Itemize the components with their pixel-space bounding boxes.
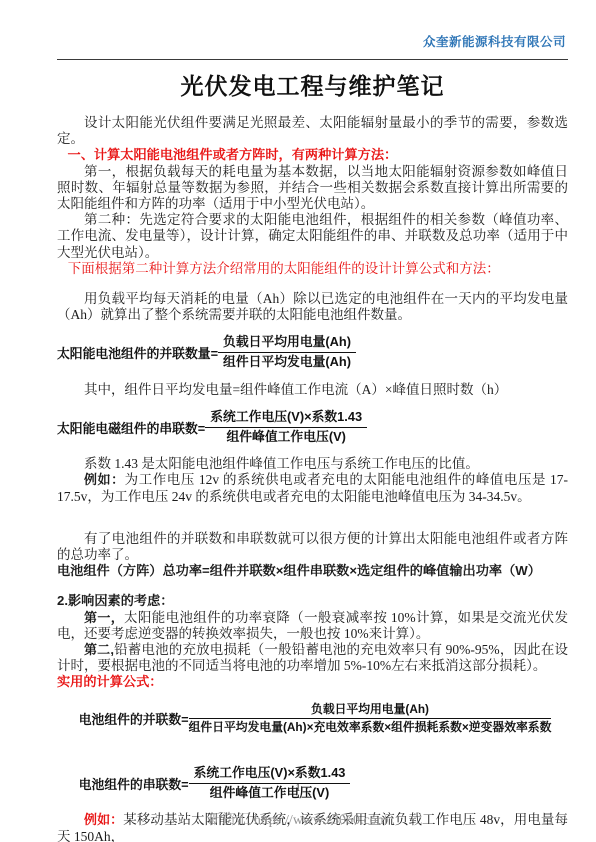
spacer [57, 277, 568, 291]
page-title: 光伏发电工程与维护笔记 [57, 68, 568, 101]
formula-parallel-count: 太阳能电池组件的并联数量= 负载日平均用电量(Ah) 组件日平均发电量(Ah) [57, 334, 568, 370]
company-header: 众奎新能源科技有限公司 [57, 32, 566, 50]
formula-label: 电池组件的并联数= [79, 709, 189, 728]
formula-parallel-practical: 电池组件的并联数= 负载日平均用电量(Ah) 组件日平均发电量(Ah)×充电效率… [57, 702, 568, 736]
factor1-text: 太阳能电池组件的功率衰降（一般衰减率按 10%计算，如果是交流光伏发电，还要考虑… [57, 610, 568, 641]
method2-paragraph: 第二种：先选定符合要求的太阳能电池组件，根据组件的相关参数（峰值功率、工作电流、… [57, 212, 568, 261]
fraction-denominator: 组件日平均发电量(Ah) [218, 353, 356, 371]
header-divider [57, 59, 568, 60]
fraction: 负载日平均用电量(Ah) 组件日平均发电量(Ah)×充电效率系数×组件损耗系数×… [189, 702, 552, 736]
method1-paragraph: 第一，根据负载每天的耗电量为基本数据，以当地太阳能辐射资源参数如峰值日照时数、年… [57, 164, 568, 213]
fraction-numerator: 负载日平均用电量(Ah) [189, 702, 552, 719]
factor1-paragraph: 第一，太阳能电池组件的功率衰降（一般衰减率按 10%计算，如果是交流光伏发电，还… [57, 610, 568, 642]
red-note-paragraph: 下面根据第二种计算方法介绍常用的太阳能组件的设计计算公式和方法： [57, 261, 568, 277]
page-content: 众奎新能源科技有限公司 光伏发电工程与维护笔记 设计太阳能光伏组件要满足光照最差… [0, 0, 596, 842]
daily-generation-note: 其中，组件日平均发电量=组件峰值工作电流（A）×峰值日照时数（h） [57, 382, 568, 398]
example1-paragraph: 例如：为工作电压 12v 的系统供电或者充电的太阳能电池组件的峰值电压是 17-… [57, 472, 568, 504]
page-number: 1 [0, 782, 596, 794]
example1-label: 例如： [84, 472, 125, 487]
total-power-intro: 有了电池组件的并联数和串联数就可以很方便的计算出太阳能电池组件或者方阵的总功率了… [57, 531, 568, 563]
factor2-paragraph: 第二,铅蓄电池的充放电损耗（一般铅蓄电池的充电效率只有 90%-95%，因此在设… [57, 642, 568, 674]
example1-text: 为工作电压 12v 的系统供电或者充电的太阳能电池组件的峰值电压是 17-17.… [57, 472, 568, 503]
formula-label: 太阳能电磁组件的串联数= [57, 418, 205, 437]
coefficient-note: 系数 1.43 是太阳能电池组件峰值工作电压与系统工作电压的比值。 [57, 456, 568, 472]
fraction: 负载日平均用电量(Ah) 组件日平均发电量(Ah) [218, 334, 356, 370]
formula-label: 太阳能电池组件的并联数量= [57, 343, 218, 362]
document-page: 众奎新能源科技有限公司 光伏发电工程与维护笔记 设计太阳能光伏组件要满足光照最差… [0, 0, 596, 842]
factor2-text: 铅蓄电池的充放电损耗（一般铅蓄电池的充电效率只有 90%-95%，因此在设计时，… [57, 642, 568, 673]
intro-paragraph: 设计太阳能光伏组件要满足光照最差、太阳能辐射量最小的季节的需要，参数选定。 [57, 115, 568, 147]
fraction-denominator: 组件日平均发电量(Ah)×充电效率系数×组件损耗系数×逆变器效率系数 [189, 719, 552, 735]
spacer [57, 746, 568, 754]
factor1-label: 第一， [84, 610, 124, 625]
section2-heading: 2.影响因素的考虑： [57, 593, 568, 609]
formula-series-count: 太阳能电磁组件的串联数= 系统工作电压(V)×系数1.43 组件峰值工作电压(V… [57, 409, 568, 445]
practical-heading: 实用的计算公式： [57, 674, 568, 690]
fraction-numerator: 负载日平均用电量(Ah) [218, 334, 356, 353]
fraction-denominator: 组件峰值工作电压(V) [205, 428, 367, 446]
total-power-formula: 电池组件（方阵）总功率=组件并联数×组件串联数×选定组件的峰值输出功率（W） [57, 563, 568, 579]
section1-heading: 一、计算太阳能电池组件或者方阵时，有两种计算方法： [57, 147, 568, 163]
footer-watermark: 新资汇 https://www.z3060.com [0, 809, 596, 829]
fraction-numerator: 系统工作电压(V)×系数1.43 [205, 409, 367, 428]
factor2-label: 第二, [84, 642, 114, 657]
spacer [57, 505, 568, 531]
fraction: 系统工作电压(V)×系数1.43 组件峰值工作电压(V) [205, 409, 367, 445]
spacer [57, 579, 568, 593]
parallel-intro-paragraph: 用负载平均每天消耗的电量（Ah）除以已选定的电池组件在一天内的平均发电量（Ah）… [57, 291, 568, 323]
